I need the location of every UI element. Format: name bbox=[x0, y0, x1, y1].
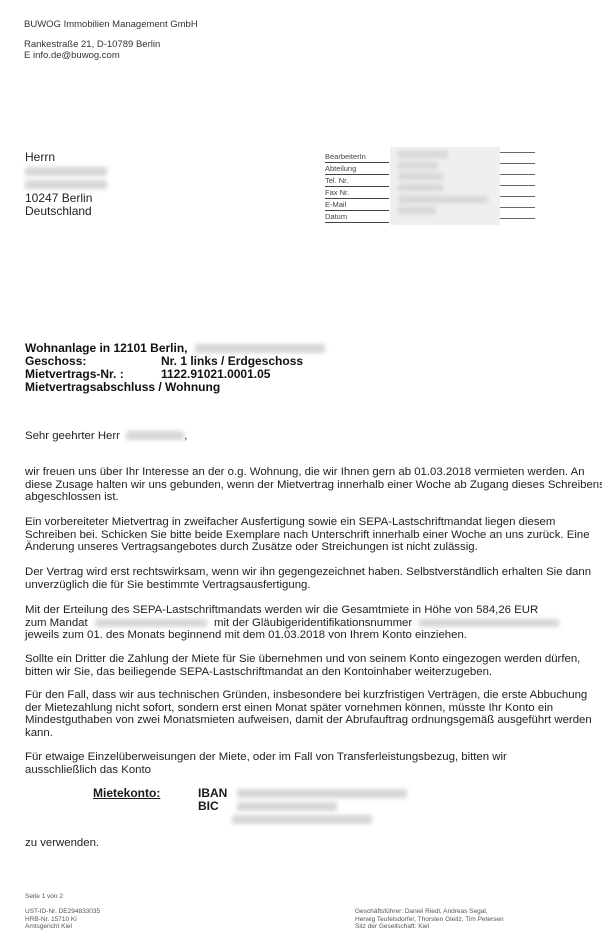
creditor-id-redacted bbox=[419, 619, 559, 627]
bank-name-redacted bbox=[232, 815, 372, 824]
recipient-name-redacted bbox=[25, 165, 107, 179]
paragraph-3: Der Vertrag wird erst rechtswirksam, wen… bbox=[25, 566, 602, 591]
sender-email-line: E info.de@buwog.com bbox=[24, 50, 198, 61]
info-rule bbox=[500, 185, 535, 186]
info-rule bbox=[500, 152, 535, 153]
bic-redacted bbox=[237, 802, 337, 811]
paragraph-4: Mit der Erteilung des SEPA-Lastschriftma… bbox=[25, 604, 602, 642]
recipient-street-redacted bbox=[25, 178, 107, 192]
rent-account-label: Mietekonto: bbox=[93, 787, 160, 800]
info-row-bearbeiterin: BearbeiterIn bbox=[325, 151, 389, 163]
greeting: Sehr geehrter Herr , bbox=[25, 430, 602, 443]
property-street-redacted bbox=[195, 344, 325, 353]
recipient-salutation: Herrn bbox=[25, 151, 107, 165]
paragraph-5: Sollte ein Dritter die Zahlung der Miete… bbox=[25, 653, 602, 678]
sender-block: BUWOG Immobilien Management GmbH Rankest… bbox=[24, 19, 198, 61]
subject-line-type: Mietvertragsabschluss / Wohnung bbox=[25, 381, 325, 394]
email-prefix: E bbox=[24, 50, 30, 61]
sender-company: BUWOG Immobilien Management GmbH bbox=[24, 19, 198, 30]
sender-address: Rankestraße 21, D-10789 Berlin bbox=[24, 39, 198, 50]
sender-email: info.de@buwog.com bbox=[33, 50, 120, 61]
footer-right: Geschäftsführer: Daniel Riedl, Andreas S… bbox=[355, 908, 504, 931]
info-row-email: E-Mail bbox=[325, 199, 389, 211]
info-row-abteilung: Abteilung bbox=[325, 163, 389, 175]
info-row-fax: Fax Nr. bbox=[325, 187, 389, 199]
footer-left: UST-ID-Nr. DE294833035 HRB-Nr. 15710 Ki … bbox=[25, 908, 100, 931]
info-rule bbox=[500, 174, 535, 175]
paragraph-6: Für den Fall, dass wir aus technischen G… bbox=[25, 689, 602, 739]
mandate-id-redacted bbox=[95, 619, 207, 627]
bank-details: IBAN BIC bbox=[198, 787, 407, 826]
subject-block: Wohnanlage in 12101 Berlin, Geschoss: Nr… bbox=[25, 342, 325, 394]
info-rule bbox=[500, 218, 535, 219]
greeting-name-redacted bbox=[126, 431, 184, 440]
info-rule bbox=[500, 163, 535, 164]
info-rule bbox=[500, 207, 535, 208]
iban-label: IBAN bbox=[198, 786, 227, 800]
contact-info-redacted bbox=[390, 147, 500, 225]
bic-row: BIC bbox=[198, 800, 407, 813]
paragraph-1: wir freuen uns über Ihr Interesse an der… bbox=[25, 466, 602, 504]
recipient-country: Deutschland bbox=[25, 205, 107, 219]
recipient-block: Herrn 10247 Berlin Deutschland bbox=[25, 151, 107, 219]
iban-row: IBAN bbox=[198, 787, 407, 800]
contact-info-box: BearbeiterIn Abteilung Tel. Nr. Fax Nr. … bbox=[325, 151, 530, 223]
paragraph-2: Ein vorbereiteter Mietvertrag in zweifac… bbox=[25, 516, 602, 554]
closing-text: zu verwenden. bbox=[25, 837, 602, 850]
info-rule bbox=[500, 196, 535, 197]
iban-redacted bbox=[237, 789, 407, 798]
bank-name-row bbox=[198, 813, 407, 826]
paragraph-7: Für etwaige Einzelüberweisungen der Miet… bbox=[25, 751, 545, 776]
recipient-city: 10247 Berlin bbox=[25, 192, 107, 206]
page-number: Seite 1 von 2 bbox=[25, 893, 63, 901]
bic-label: BIC bbox=[198, 799, 219, 813]
info-row-datum: Datum bbox=[325, 211, 389, 223]
info-row-tel: Tel. Nr. bbox=[325, 175, 389, 187]
